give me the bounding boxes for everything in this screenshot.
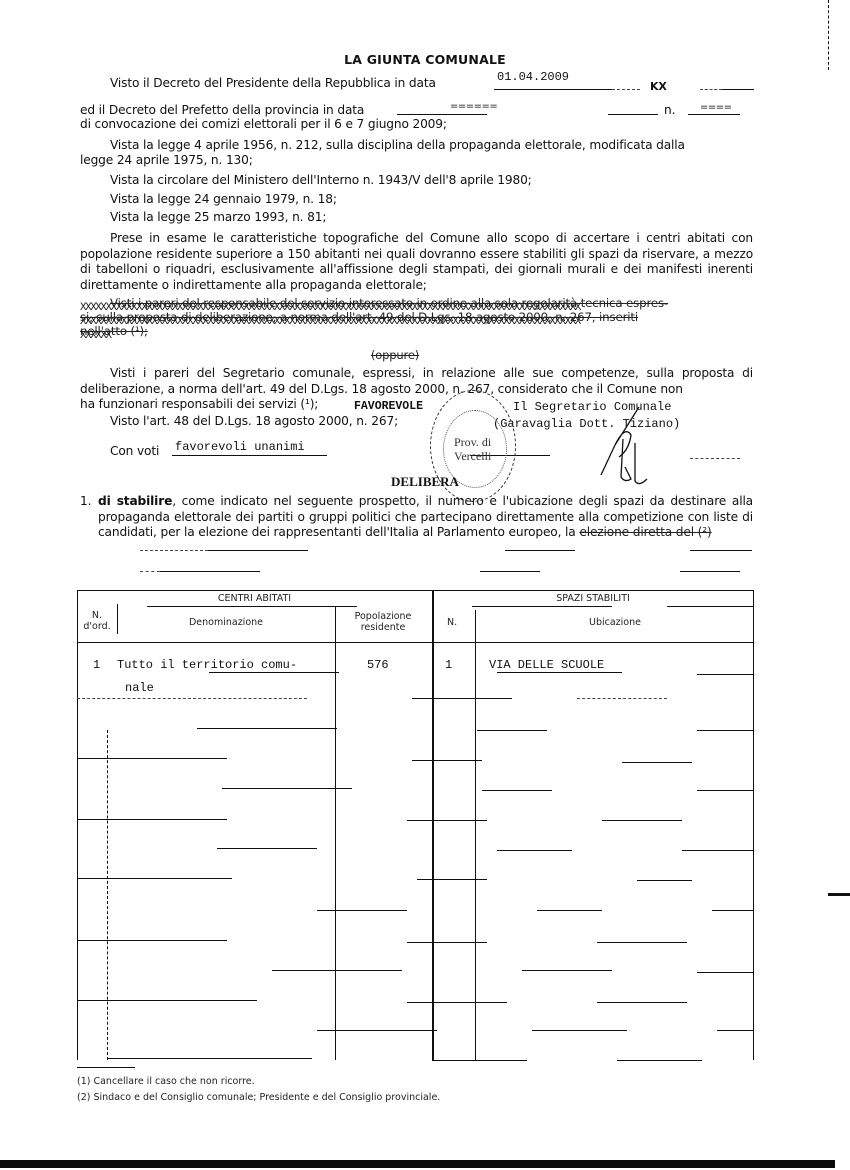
decreto-prefetto-date: ======	[450, 99, 497, 114]
decreto-prefetto-label: ed il Decreto del Prefetto della provinc…	[80, 103, 364, 118]
pareri-segretario-end: ha funzionari responsabili dei servizi (…	[80, 397, 318, 412]
delibera-item-number: 1.	[80, 494, 91, 509]
pareri-segretario-paragraph: Visti i pareri del Segretario comunale, …	[80, 366, 753, 397]
legge-1956-line1: Vista la legge 4 aprile 1956, n. 212, su…	[110, 138, 685, 153]
oppure-text: (oppure)	[0, 348, 790, 363]
prese-in-esame-paragraph: Prese in esame le caratteristiche topogr…	[80, 231, 753, 293]
legge-1956-line2: legge 24 aprile 1975, n. 130;	[80, 153, 253, 168]
row-popolazione: 576	[367, 658, 389, 672]
scan-edge-mark	[828, 0, 829, 70]
row-denominazione-line1: Tutto il territorio comu-	[117, 658, 297, 672]
column-header-n-ord: N. d'ord.	[77, 610, 117, 632]
scan-margin-mark	[828, 893, 850, 896]
con-voti-value: favorevoli unanimi	[175, 440, 305, 454]
decreto-prefetto-n-label: n.	[664, 103, 675, 118]
row-n-ord: 1	[93, 658, 100, 672]
row-n: 1	[445, 658, 452, 672]
strikeout-marks-2: XXXXXXXXXXXXXXXXXXXXXXXXXXXXXXXXXXXXXXXX…	[80, 316, 752, 328]
column-header-popolazione: Popolazione residente	[339, 611, 427, 633]
delibera-lead: di stabilire	[98, 494, 172, 508]
decreto-presidente-date: 01.04.2009	[497, 70, 569, 84]
favorevole-stamp: FAVOREVOLE	[354, 400, 423, 413]
column-header-ubicazione: Ubicazione	[477, 617, 753, 628]
legge-1993-text: Vista la legge 25 marzo 1993, n. 81;	[110, 210, 326, 225]
footnote-2: (2) Sindaco e del Consiglio comunale; Pr…	[77, 1092, 440, 1103]
stamp-text: Prov. di Vercelli	[454, 435, 491, 463]
delibera-struck-tail: elezione diretta del (²)	[579, 525, 711, 539]
row-ubicazione: VIA DELLE SCUOLE	[489, 658, 604, 672]
header-centri-abitati: CENTRI ABITATI	[77, 593, 432, 604]
delibera-heading: DELIBERA	[0, 474, 850, 490]
con-voti-label: Con voti	[110, 444, 159, 459]
scan-bottom-bar	[0, 1160, 835, 1168]
decreto-prefetto-n: ====	[700, 100, 732, 115]
header-spazi-stabiliti: SPAZI STABILITI	[433, 593, 753, 604]
convocazione-text: di convocazione dei comizi elettorali pe…	[80, 117, 447, 132]
stamp-line-1: Prov. di	[454, 435, 491, 449]
signature-icon	[595, 405, 655, 485]
row-denominazione-line2: nale	[125, 681, 154, 695]
circolare-text: Vista la circolare del Ministero dell'In…	[110, 173, 532, 188]
delibera-item-text: di stabilire, come indicato nel seguente…	[98, 494, 753, 541]
column-header-n: N.	[435, 617, 477, 628]
page-title: LA GIUNTA COMUNALE	[0, 52, 850, 67]
stamp-line-2: Vercelli	[454, 449, 491, 463]
column-header-denominazione: Denominazione	[117, 617, 335, 628]
strikeout-marks-3: XXXXXX	[80, 330, 130, 342]
decreto-presidente-mark: KX	[650, 79, 667, 94]
legge-1979-text: Vista la legge 24 gennaio 1979, n. 18;	[110, 192, 337, 207]
decreto-presidente-label: Visto il Decreto del Presidente della Re…	[110, 76, 436, 91]
visto-art48-text: Visto l'art. 48 del D.Lgs. 18 agosto 200…	[110, 414, 398, 429]
footnote-1: (1) Cancellare il caso che non ricorre.	[77, 1076, 255, 1087]
spazi-table: CENTRI ABITATI SPAZI STABILITI N. d'ord.…	[77, 590, 754, 1060]
